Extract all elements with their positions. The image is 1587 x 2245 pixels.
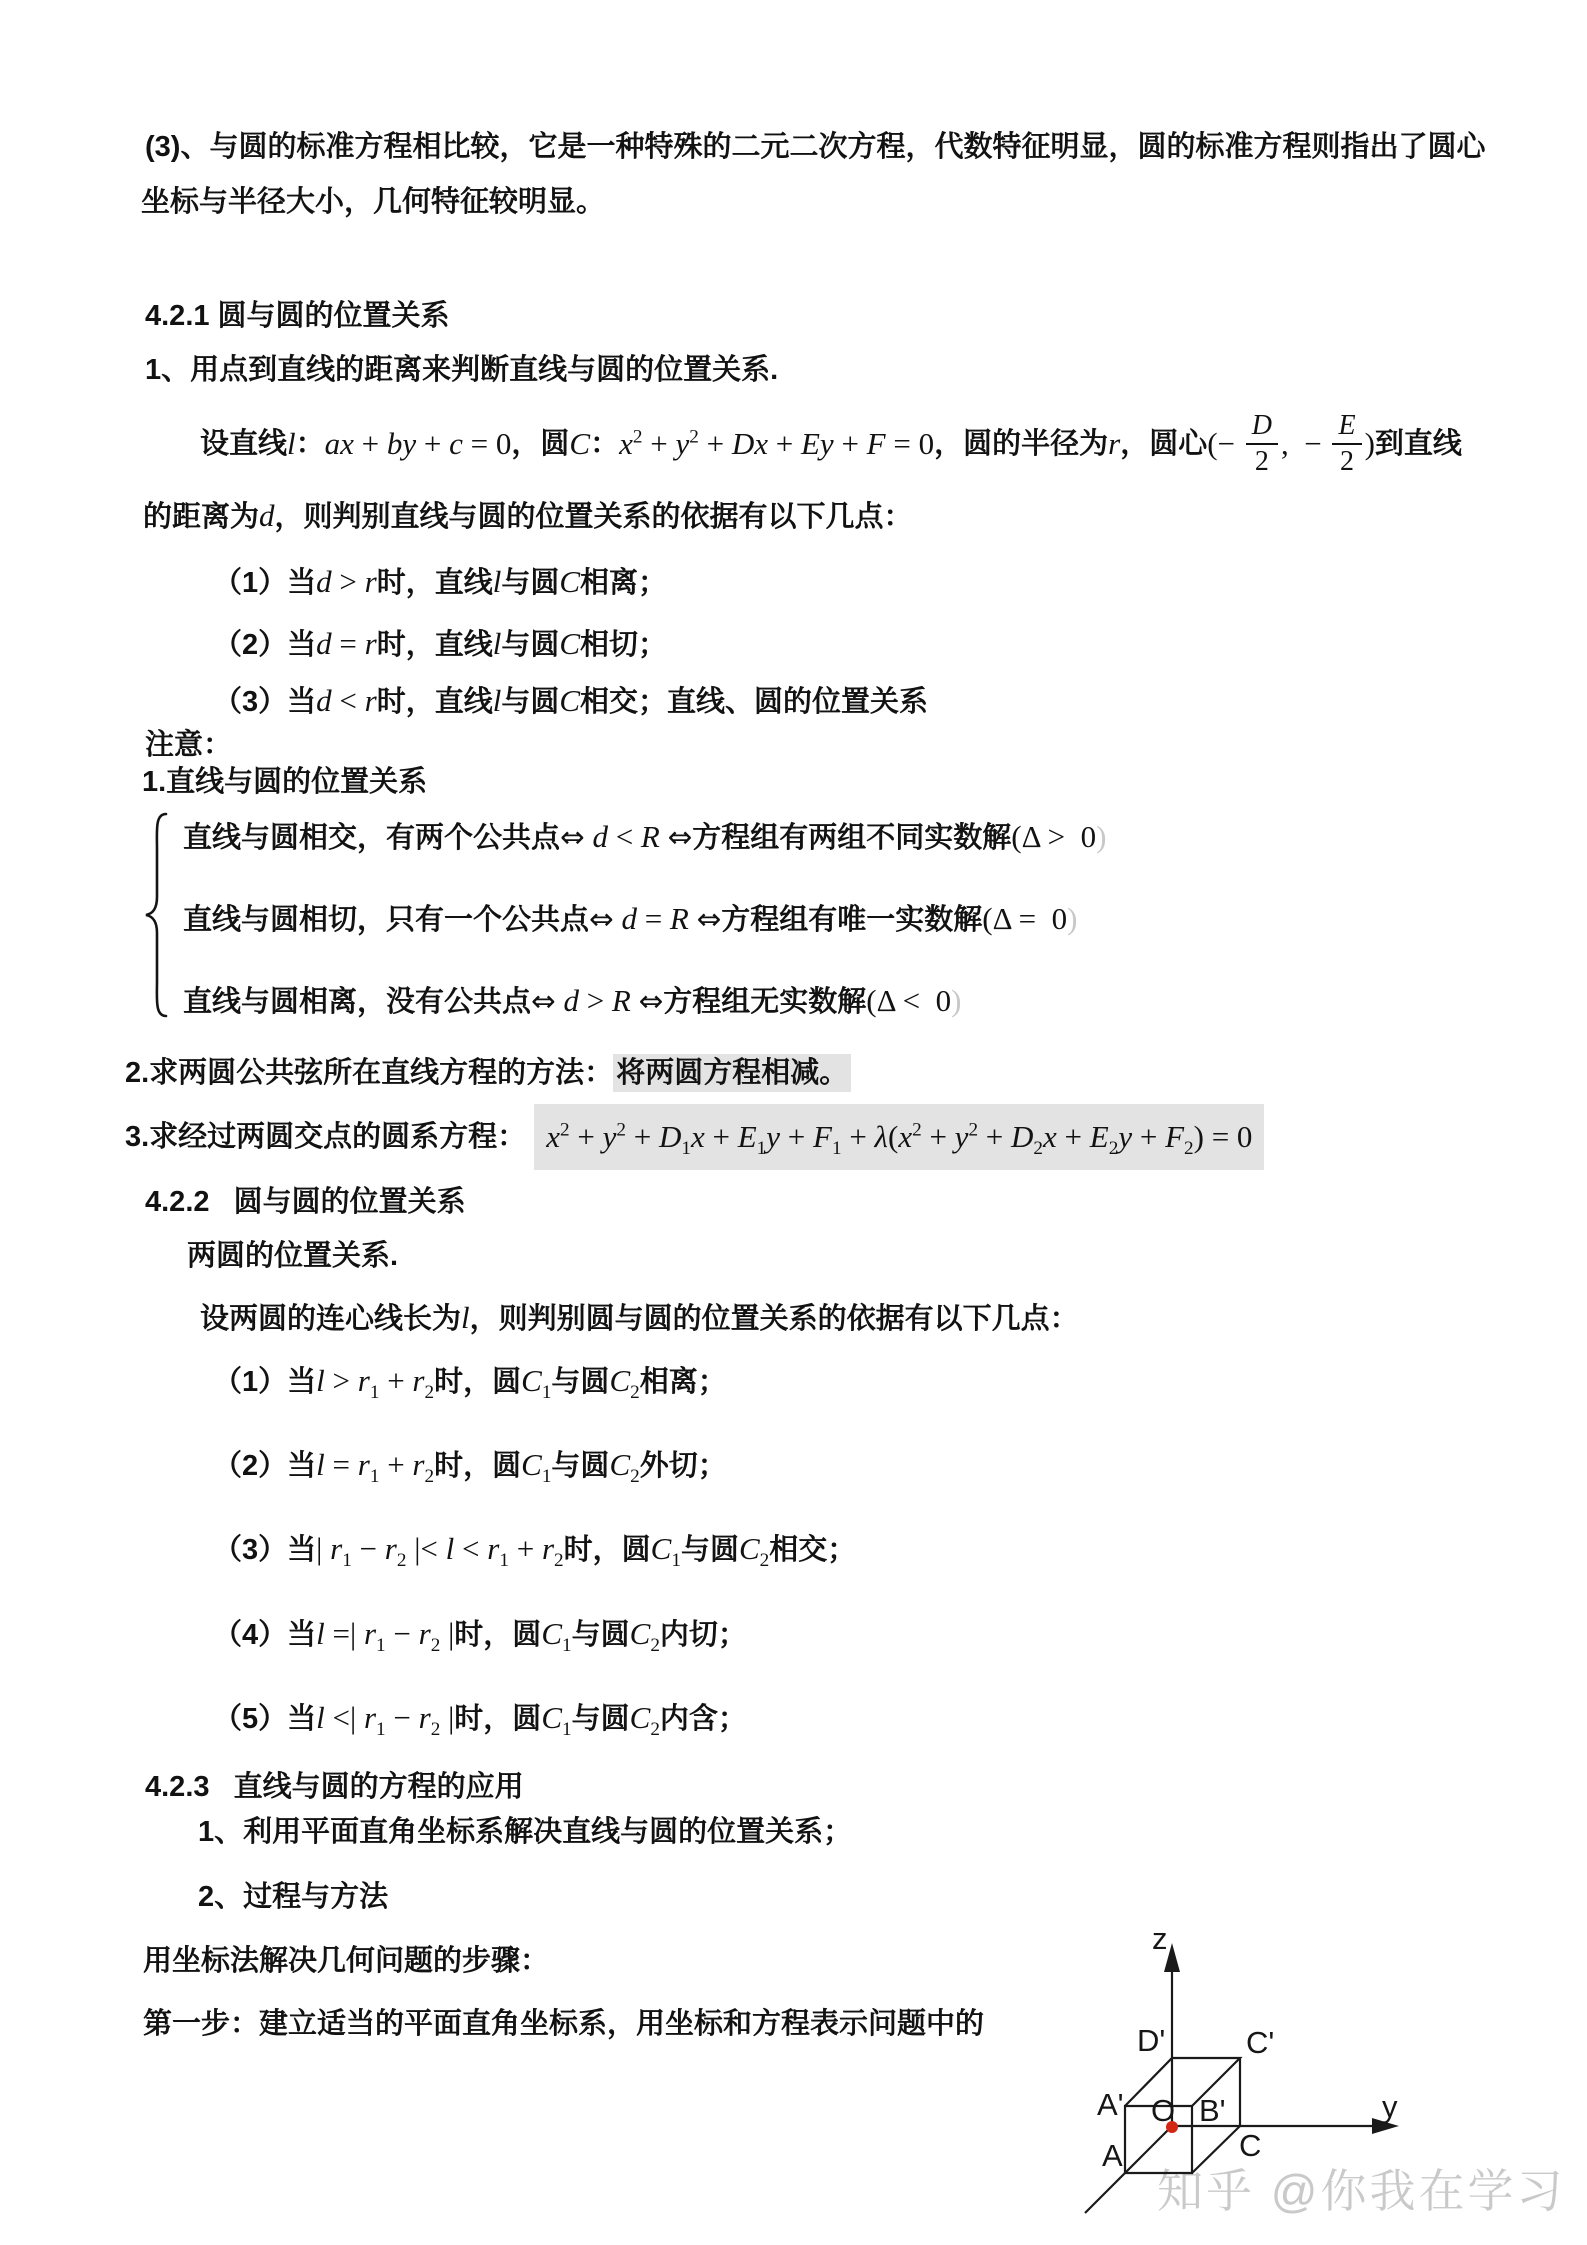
text-run: （4）当 [213,1619,316,1651]
fraction: E2 [1332,410,1361,477]
line-case-d-lt-r: （3）当d < r时，直线l与圆C相交；直线、圆的位置关系 [213,682,928,721]
text-run: ，圆的半径为 [934,425,1108,463]
text-run: (3)、与圆的标准方程相比较，它是一种特殊的二元二次方程，代数特征明显，圆的标准… [145,131,1485,163]
math-run: C1 [651,1531,681,1566]
text-run: （3）当 [213,686,316,718]
line-case-l-eq-sum: （2）当l = r1 + r2时，圆C1与圆C2外切； [213,1446,727,1485]
text-run: 1、利用平面直角坐标系解决直线与圆的位置关系； [198,1816,852,1848]
vertex-label-b-prime: B' [1199,2093,1226,2128]
text-run: 外切； [640,1450,727,1482]
math-run: d = r [316,626,377,661]
line-item-distance-method: 1、用点到直线的距离来判断直线与圆的位置关系. [145,351,778,389]
math-run: ⇔ d = R ⇔ [589,901,721,936]
faint-paren: ) [951,983,961,1018]
text-run: 与圆 [572,1703,630,1735]
text-run: ，圆心 [1120,425,1207,463]
text-run: 时，圆 [434,1366,521,1398]
text-run: 与圆 [551,1450,609,1482]
math-run: l = r1 + r2 [316,1447,434,1482]
text-run: 内含； [660,1703,747,1735]
line-line-distance-d: 的距离为d，则判别直线与圆的位置关系的依据有以下几点： [143,497,913,536]
line-brace-case-intersect: 直线与圆相交，有两个公共点⇔ d < R ⇔方程组有两组不同实数解(Δ > 0) [183,818,1106,857]
axis-label-y: y [1382,2089,1398,2124]
text-run: 2、过程与方法 [198,1881,388,1913]
vertex-label-a-prime: A' [1097,2087,1124,2122]
math-run: (Δ > 0 [1011,819,1096,854]
text-run: 与圆 [572,1619,630,1651]
line-brace-case-tangent: 直线与圆相切，只有一个公共点⇔ d = R ⇔方程组有唯一实数解(Δ = 0) [183,900,1077,939]
text-run: 时，直线 [377,686,493,718]
math-run: l <| r1 − r2 | [316,1700,454,1735]
vertex-label-c-prime: C' [1246,2025,1274,2060]
math-run: C2 [739,1531,769,1566]
text-run: 与圆 [501,629,559,661]
line-app-item-2: 2、过程与方法 [198,1878,388,1916]
math-run: d < r [316,683,377,718]
line-heading-4-2-3: 4.2.3 直线与圆的方程的应用 [145,1768,524,1806]
math-run: C2 [630,1700,660,1735]
math-run: C2 [609,1447,639,1482]
faint-paren: ) [1067,901,1077,936]
math-run: ⇔ d < R ⇔ [560,819,692,854]
math-run: C2 [609,1363,639,1398]
line-line-step-one: 第一步：建立适当的平面直角坐标系，用坐标和方程表示问题中的 [143,2005,984,2043]
math-run: (Δ < 0 [866,983,951,1018]
math-run: l =| r1 − r2 | [316,1616,454,1651]
math-run: d [259,498,275,533]
line-para-compare-line-1: (3)、与圆的标准方程相比较，它是一种特殊的二元二次方程，代数特征明显，圆的标准… [145,128,1485,166]
text-run: 时，直线 [377,567,493,599]
math-run: ) [1365,425,1375,463]
text-run: 方程组有唯一实数解 [721,904,982,936]
faint-paren: ) [1096,819,1106,854]
text-run: ： [590,425,619,463]
math-run: C1 [521,1363,551,1398]
text-run: 4.2.2 圆与圆的位置关系 [145,1186,466,1218]
text-run: 时，圆 [454,1619,541,1651]
fraction: D2 [1246,410,1278,477]
text-run: （1）当 [213,567,316,599]
text-run: 直线与圆相交，有两个公共点 [183,822,560,854]
curly-brace [141,810,169,1020]
text-run: ，圆 [511,425,569,463]
x-axis [1085,2126,1172,2213]
vertex-label-a: A [1102,2138,1123,2173]
text-run: 坐标与半径大小，几何特征较明显。 [141,186,605,218]
math-run: d > r [316,564,377,599]
math-run: (− [1207,425,1243,463]
text-run: 4.2.3 直线与圆的方程的应用 [145,1771,524,1803]
text-run: 内切； [660,1619,747,1651]
text-run: 方程组有两组不同实数解 [692,822,1011,854]
text-run: 3.求经过两圆交点的圆系方程： [125,1118,534,1156]
math-run: , − [1281,425,1329,463]
math-run: l [461,1300,470,1335]
text-run: ，则判别直线与圆的位置关系的依据有以下几点： [275,501,913,533]
text-run: （2）当 [213,1450,316,1482]
text-run: 方程组无实数解 [663,986,866,1018]
text-run: 时，直线 [377,629,493,661]
text-run: 相交；直线、圆的位置关系 [580,686,928,718]
text-run: 1.直线与圆的位置关系 [142,766,427,798]
text-run: 时，圆 [434,1450,521,1482]
math-run: C1 [541,1616,571,1651]
math-run: r [1108,425,1120,463]
line-case-between: （3）当| r1 − r2 |< l < r1 + r2时，圆C1与圆C2相交； [213,1530,856,1569]
document-page: (3)、与圆的标准方程相比较，它是一种特殊的二元二次方程，代数特征明显，圆的标准… [0,0,1587,2245]
line-line-setup-line-circle: 设直线l：ax + by + c = 0，圆C：x2 + y2 + Dx + E… [200,398,1462,490]
text-run: 设两圆的连心线长为 [200,1303,461,1335]
text-run: 将两圆方程相减。 [613,1054,851,1092]
math-run: C1 [521,1447,551,1482]
math-run: ⇔ d > R ⇔ [531,983,663,1018]
math-run: x2 + y2 + D1x + E1y + F1 + λ(x2 + y2 + D… [534,1104,1264,1170]
text-run: （3）当 [213,1534,316,1566]
line-case-l-gt-sum: （1）当l > r1 + r2时，圆C1与圆C2相离； [213,1362,727,1401]
line-case-l-eq-diff: （4）当l =| r1 − r2 |时，圆C1与圆C2内切； [213,1615,747,1654]
math-run: x2 + y2 + Dx + Ey + F = 0 [619,425,934,463]
text-run: 的距离为 [143,501,259,533]
line-note-1-line-circle-relations: 1.直线与圆的位置关系 [142,763,427,801]
text-run: 相离； [640,1366,727,1398]
line-app-item-1: 1、利用平面直角坐标系解决直线与圆的位置关系； [198,1813,852,1851]
vertex-label-c: C [1239,2128,1261,2163]
line-note-2-common-chord: 2.求两圆公共弦所在直线方程的方法：将两圆方程相减。 [125,1054,851,1092]
text-run: 与圆 [681,1534,739,1566]
math-run: (Δ = 0 [982,901,1067,936]
math-run: ax + by + c = 0 [325,425,512,463]
text-run: 2.求两圆公共弦所在直线方程的方法： [125,1057,613,1089]
line-line-setup-two-circles: 设两圆的连心线长为l，则判别圆与圆的位置关系的依据有以下几点： [200,1299,1079,1338]
text-run: 与圆 [501,567,559,599]
line-case-d-eq-r: （2）当d = r时，直线l与圆C相切； [213,625,667,664]
line-para-compare-line-2: 坐标与半径大小，几何特征较明显。 [141,183,605,221]
math-run: l > r1 + r2 [316,1363,434,1398]
vertex-label-o: O [1151,2093,1175,2128]
text-run: 与圆 [501,686,559,718]
text-run: 直线与圆相切，只有一个公共点 [183,904,589,936]
axis-label-z: z [1152,1921,1168,1956]
text-run: 两圆的位置关系. [187,1240,398,1272]
line-heading-4-2-2: 4.2.2 圆与圆的位置关系 [145,1183,466,1221]
math-run: C [559,683,580,718]
vertex-label-d-prime: D' [1137,2023,1165,2058]
text-run: 相离； [580,567,667,599]
line-case-d-gt-r: （1）当d > r时，直线l与圆C相离； [213,563,667,602]
text-run: 相交； [769,1534,856,1566]
text-run: 1、用点到直线的距离来判断直线与圆的位置关系. [145,354,778,386]
text-run: （2）当 [213,629,316,661]
text-run: 与圆 [551,1366,609,1398]
math-run: l [287,425,296,463]
line-note-3-circle-system-equation: 3.求经过两圆交点的圆系方程： x2 + y2 + D1x + E1y + F1… [125,1098,1264,1176]
line-case-l-lt-diff: （5）当l <| r1 − r2 |时，圆C1与圆C2内含； [213,1699,747,1738]
line-line-coordinate-method-steps: 用坐标法解决几何问题的步骤： [143,1942,549,1980]
text-run: 直线与圆相离，没有公共点 [183,986,531,1018]
line-brace-case-separate: 直线与圆相离，没有公共点⇔ d > R ⇔方程组无实数解(Δ < 0) [183,982,961,1021]
text-run: （5）当 [213,1703,316,1735]
math-run: C [559,626,580,661]
math-run: | r1 − r2 |< l < r1 + r2 [316,1531,564,1566]
line-line-two-circles-relation: 两圆的位置关系. [187,1237,398,1275]
text-run: 时，圆 [454,1703,541,1735]
text-run: （1）当 [213,1366,316,1398]
text-run: 时，圆 [564,1534,651,1566]
text-run: 第一步：建立适当的平面直角坐标系，用坐标和方程表示问题中的 [143,2008,984,2040]
text-run: 到直线 [1375,425,1462,463]
text-run: ： [296,425,325,463]
math-run: C [559,564,580,599]
line-note-label: 注意： [145,726,232,764]
math-run: C [569,425,590,463]
text-run: 设直线 [200,425,287,463]
cuboid-coordinate-figure: z y D' C' A' O B' A C [1055,1893,1505,2245]
text-run: 用坐标法解决几何问题的步骤： [143,1945,549,1977]
math-run: C1 [541,1700,571,1735]
text-run: 4.2.1 圆与圆的位置关系 [145,300,450,332]
math-run: C2 [630,1616,660,1651]
text-run: 相切； [580,629,667,661]
text-run: ，则判别圆与圆的位置关系的依据有以下几点： [470,1303,1079,1335]
line-heading-4-2-1: 4.2.1 圆与圆的位置关系 [145,297,450,335]
text-run: 注意： [145,729,232,761]
